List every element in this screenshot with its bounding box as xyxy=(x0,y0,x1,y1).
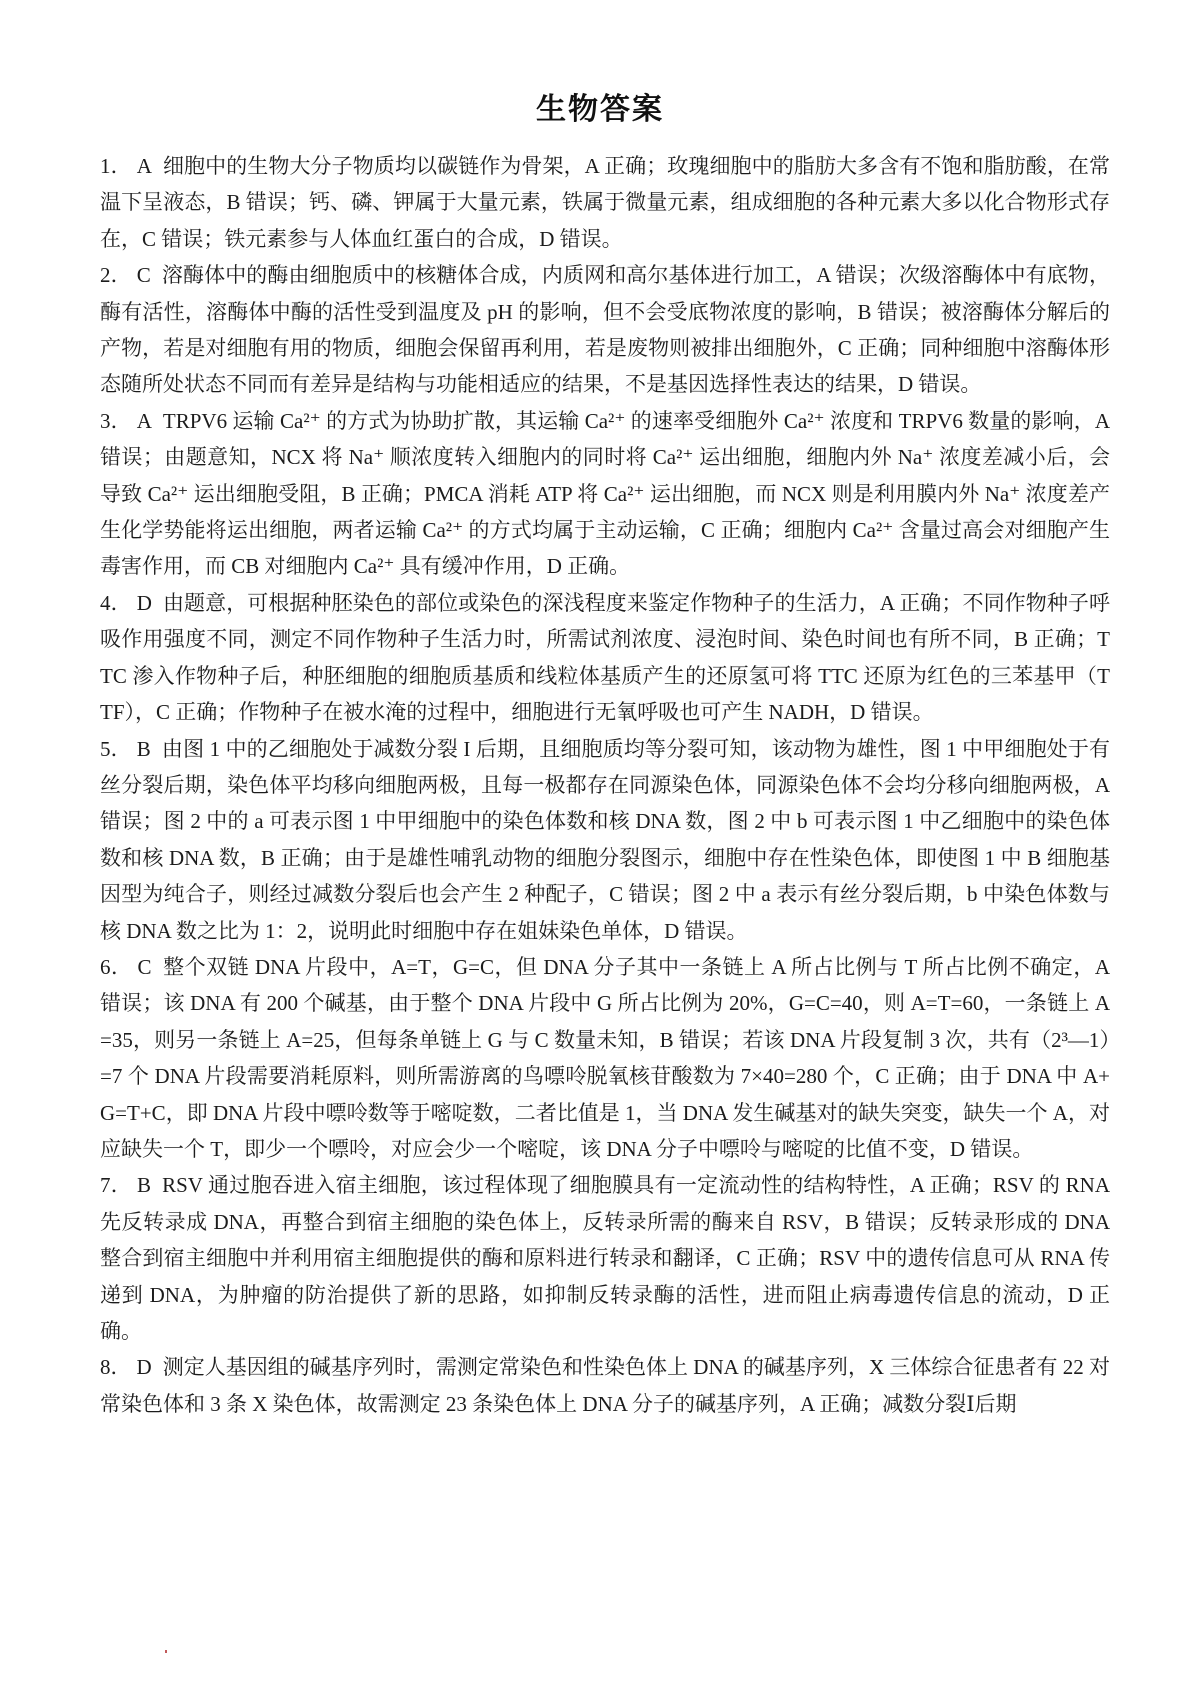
answer-text: 由图 1 中的乙细胞处于减数分裂 I 后期，且细胞质均等分裂可知，该动物为雄性，… xyxy=(100,737,1110,943)
answers-list: 1．A细胞中的生物大分子物质均以碳链作为骨架，A 正确；玫瑰细胞中的脂肪大多含有… xyxy=(100,148,1110,1422)
answer-item-7: 7．BRSV 通过胞吞进入宿主细胞，该过程体现了细胞膜具有一定流动性的结构特性，… xyxy=(100,1167,1110,1349)
answer-letter: D xyxy=(137,591,152,615)
answer-letter: C xyxy=(137,263,151,287)
answer-number: 8． xyxy=(100,1355,132,1379)
answer-item-1: 1．A细胞中的生物大分子物质均以碳链作为骨架，A 正确；玫瑰细胞中的脂肪大多含有… xyxy=(100,148,1110,257)
answer-text: TRPV6 运输 Ca²⁺ 的方式为协助扩散，其运输 Ca²⁺ 的速率受细胞外 … xyxy=(100,409,1110,579)
answer-letter: D xyxy=(137,1355,152,1379)
answer-letter: C xyxy=(138,955,152,979)
answer-text: RSV 通过胞吞进入宿主细胞，该过程体现了细胞膜具有一定流动性的结构特性，A 正… xyxy=(100,1173,1110,1343)
answer-text: 细胞中的生物大分子物质均以碳链作为骨架，A 正确；玫瑰细胞中的脂肪大多含有不饱和… xyxy=(100,154,1110,251)
answer-text: 溶酶体中的酶由细胞质中的核糖体合成，内质网和高尔基体进行加工，A 错误；次级溶酶… xyxy=(100,263,1110,396)
answer-item-2: 2．C溶酶体中的酶由细胞质中的核糖体合成，内质网和高尔基体进行加工，A 错误；次… xyxy=(100,257,1110,403)
answer-letter: B xyxy=(137,1173,151,1197)
answer-item-3: 3．ATRPV6 运输 Ca²⁺ 的方式为协助扩散，其运输 Ca²⁺ 的速率受细… xyxy=(100,403,1110,585)
answer-number: 1． xyxy=(100,154,132,178)
answer-item-5: 5．B由图 1 中的乙细胞处于减数分裂 I 后期，且细胞质均等分裂可知，该动物为… xyxy=(100,731,1110,949)
answer-number: 6． xyxy=(100,955,133,979)
answer-item-8: 8．D测定人基因组的碱基序列时，需测定常染色和性染色体上 DNA 的碱基序列，X… xyxy=(100,1349,1110,1422)
answer-letter: B xyxy=(137,737,151,761)
answer-text: 整个双链 DNA 片段中，A=T，G=C，但 DNA 分子其中一条链上 A 所占… xyxy=(100,955,1110,1161)
page-title: 生物答案 xyxy=(90,84,1110,128)
answer-item-4: 4．D由题意，可根据种胚染色的部位或染色的深浅程度来鉴定作物种子的生活力，A 正… xyxy=(100,585,1110,731)
answer-text: 测定人基因组的碱基序列时，需测定常染色和性染色体上 DNA 的碱基序列，X 三体… xyxy=(100,1355,1110,1415)
answer-letter: A xyxy=(137,409,152,433)
document-page: 生物答案 1．A细胞中的生物大分子物质均以碳链作为骨架，A 正确；玫瑰细胞中的脂… xyxy=(0,0,1200,1698)
answer-item-6: 6．C整个双链 DNA 片段中，A=T，G=C，但 DNA 分子其中一条链上 A… xyxy=(100,949,1110,1167)
stray-mark xyxy=(165,1650,167,1653)
answer-text: 由题意，可根据种胚染色的部位或染色的深浅程度来鉴定作物种子的生活力，A 正确；不… xyxy=(100,591,1110,724)
answer-number: 5． xyxy=(100,737,132,761)
answer-letter: A xyxy=(137,154,152,178)
answer-number: 4． xyxy=(100,591,132,615)
answer-number: 2． xyxy=(100,263,132,287)
answer-number: 3． xyxy=(100,409,132,433)
answer-number: 7． xyxy=(100,1173,132,1197)
